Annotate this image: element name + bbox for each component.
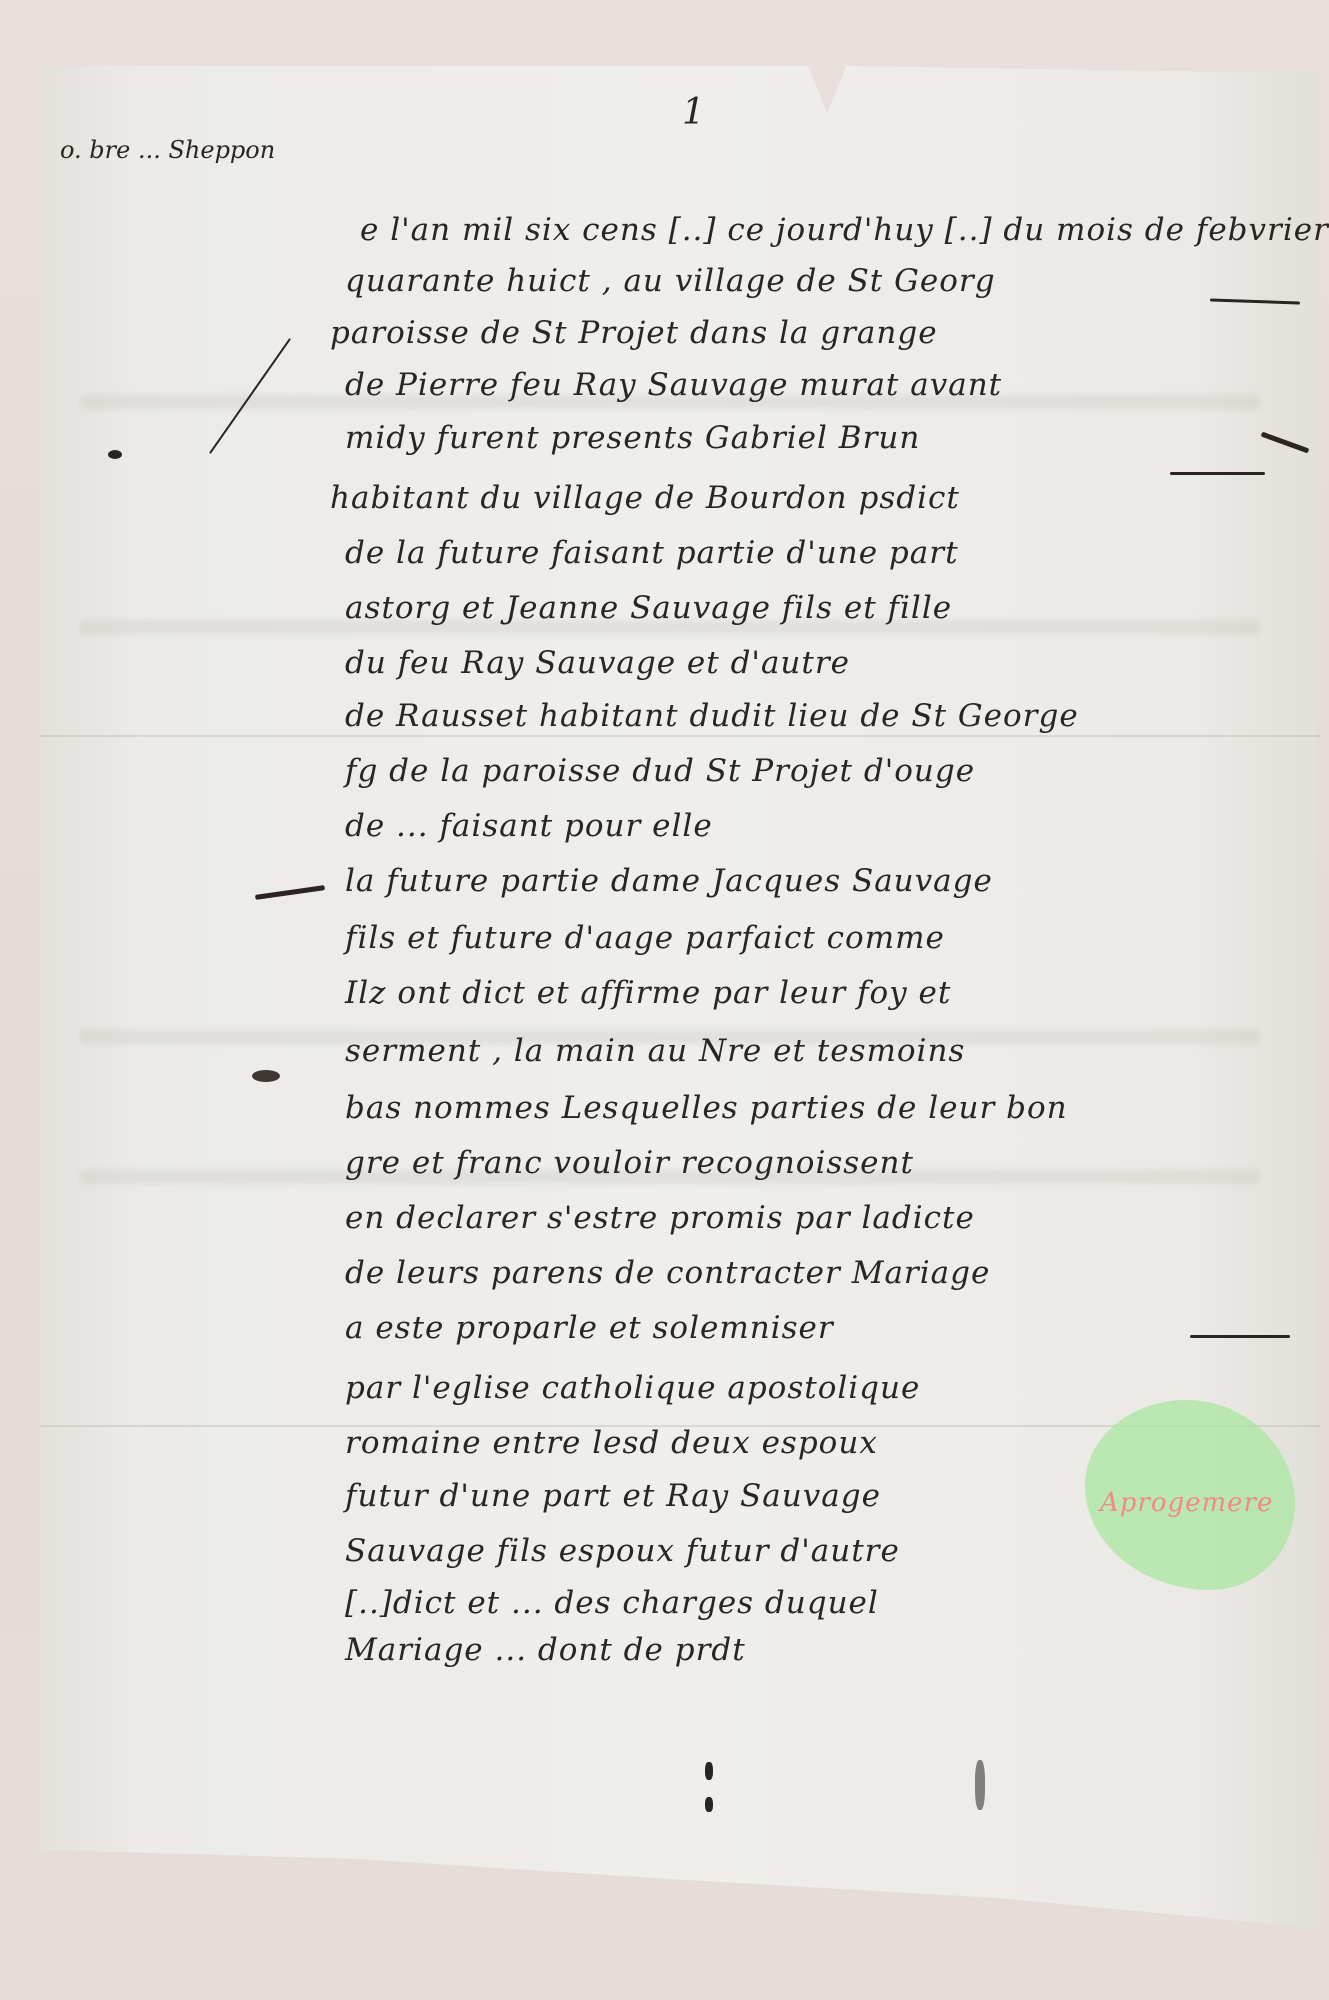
folio-number: 1 xyxy=(682,92,705,133)
ink-blot xyxy=(252,1070,280,1082)
text-line: par l'eglise catholique apostolique xyxy=(345,1370,920,1406)
text-line: de la future faisant partie d'une part xyxy=(345,535,959,571)
text-line: de Rausset habitant dudit lieu de St Geo… xyxy=(345,698,1079,734)
ink-blot xyxy=(705,1762,713,1780)
ink-blot xyxy=(108,450,122,459)
text-line: bas nommes Lesquelles parties de leur bo… xyxy=(345,1090,1068,1126)
text-line: a este proparle et solemniser xyxy=(345,1310,834,1346)
text-line: futur d'une part et Ray Sauvage xyxy=(345,1478,881,1514)
text-line: midy furent presents Gabriel Brun xyxy=(345,420,920,456)
text-line: astorg et Jeanne Sauvage fils et fille xyxy=(345,590,952,626)
text-line: habitant du village de Bourdon psdict xyxy=(330,480,960,516)
text-line: Ilz ont dict et affirme par leur foy et xyxy=(345,975,951,1011)
text-line: du feu Ray Sauvage et d'autre xyxy=(345,645,850,681)
text-line: Mariage ... dont de prdt xyxy=(345,1632,746,1668)
watermark-text: Aprogemere xyxy=(1100,1488,1273,1518)
text-line: romaine entre lesd deux espoux xyxy=(345,1425,878,1461)
ink-blot xyxy=(975,1760,985,1810)
fold-line xyxy=(40,735,1320,737)
text-line: de leurs parens de contracter Mariage xyxy=(345,1255,990,1291)
text-line: Sauvage fils espoux futur d'autre xyxy=(345,1533,900,1569)
text-line: serment , la main au Nre et tesmoins xyxy=(345,1033,965,1069)
text-line: [..]dict et ... des charges duquel xyxy=(345,1585,879,1621)
text-line: de Pierre feu Ray Sauvage murat avant xyxy=(345,367,1002,403)
text-line: fils et future d'aage parfaict comme xyxy=(345,920,945,956)
margin-note: o. bre ... Sheppon xyxy=(60,136,275,164)
text-line: quarante huict , au village de St Georg xyxy=(345,263,996,299)
text-line: gre et franc vouloir recognoissent xyxy=(345,1145,914,1181)
ink-blot xyxy=(705,1797,713,1812)
text-line: e l'an mil six cens [..] ce jourd'huy [.… xyxy=(360,212,1329,248)
text-line: de ... faisant pour elle xyxy=(345,808,713,844)
text-line: paroisse de St Projet dans la grange xyxy=(330,315,938,351)
text-line: fg de la paroisse dud St Projet d'ouge xyxy=(345,753,975,789)
text-line: la future partie dame Jacques Sauvage xyxy=(345,863,993,899)
text-line: en declarer s'estre promis par ladicte xyxy=(345,1200,975,1236)
line-flourish xyxy=(1190,1335,1290,1338)
line-flourish xyxy=(1170,472,1265,475)
